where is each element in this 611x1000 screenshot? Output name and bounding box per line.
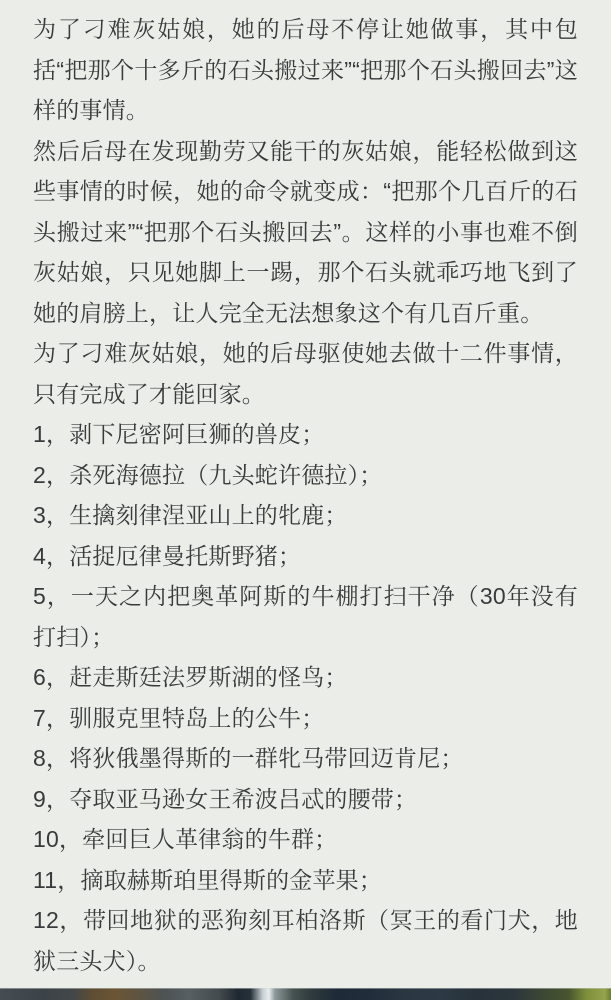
task-item-5: 5，一天之内把奥革阿斯的牛棚打扫干净（30年没有打扫）；	[33, 576, 578, 657]
task-item-9: 9，夺取亚马逊女王希波吕忒的腰带；	[33, 779, 578, 820]
photo-top-edge	[0, 988, 611, 1000]
task-item-3: 3，生擒刻律涅亚山上的牝鹿；	[33, 495, 578, 536]
task-item-2: 2，杀死海德拉（九头蛇许德拉）；	[33, 455, 578, 496]
paragraph-3: 为了刁难灰姑娘，她的后母驱使她去做十二件事情，只有完成了才能回家。	[33, 333, 578, 414]
article-reader-page: 为了刁难灰姑娘，她的后母不停让她做事，其中包括“把那个十多斤的石头搬过来”“把那…	[0, 0, 611, 1000]
paragraph-1: 为了刁难灰姑娘，她的后母不停让她做事，其中包括“把那个十多斤的石头搬过来”“把那…	[33, 9, 578, 131]
article-body: 为了刁难灰姑娘，她的后母不停让她做事，其中包括“把那个十多斤的石头搬过来”“把那…	[0, 0, 611, 981]
article-photo[interactable]	[0, 988, 611, 1000]
task-item-7: 7，驯服克里特岛上的公牛；	[33, 698, 578, 739]
task-item-6: 6，赶走斯廷法罗斯湖的怪鸟；	[33, 657, 578, 698]
task-item-4: 4，活捉厄律曼托斯野猪；	[33, 536, 578, 577]
task-item-12: 12，带回地狱的恶狗刻耳柏洛斯（冥王的看门犬，地狱三头犬）。	[33, 900, 578, 981]
task-item-1: 1，剥下尼密阿巨狮的兽皮；	[33, 414, 578, 455]
task-item-11: 11，摘取赫斯珀里得斯的金苹果；	[33, 860, 578, 901]
task-item-10: 10，牵回巨人革律翁的牛群；	[33, 819, 578, 860]
paragraph-2: 然后后母在发现勤劳又能干的灰姑娘，能轻松做到这些事情的时候，她的命令就变成：“把…	[33, 131, 578, 334]
task-item-8: 8，将狄俄墨得斯的一群牝马带回迈肯尼；	[33, 738, 578, 779]
task-list: 1，剥下尼密阿巨狮的兽皮； 2，杀死海德拉（九头蛇许德拉）； 3，生擒刻律涅亚山…	[33, 414, 578, 981]
